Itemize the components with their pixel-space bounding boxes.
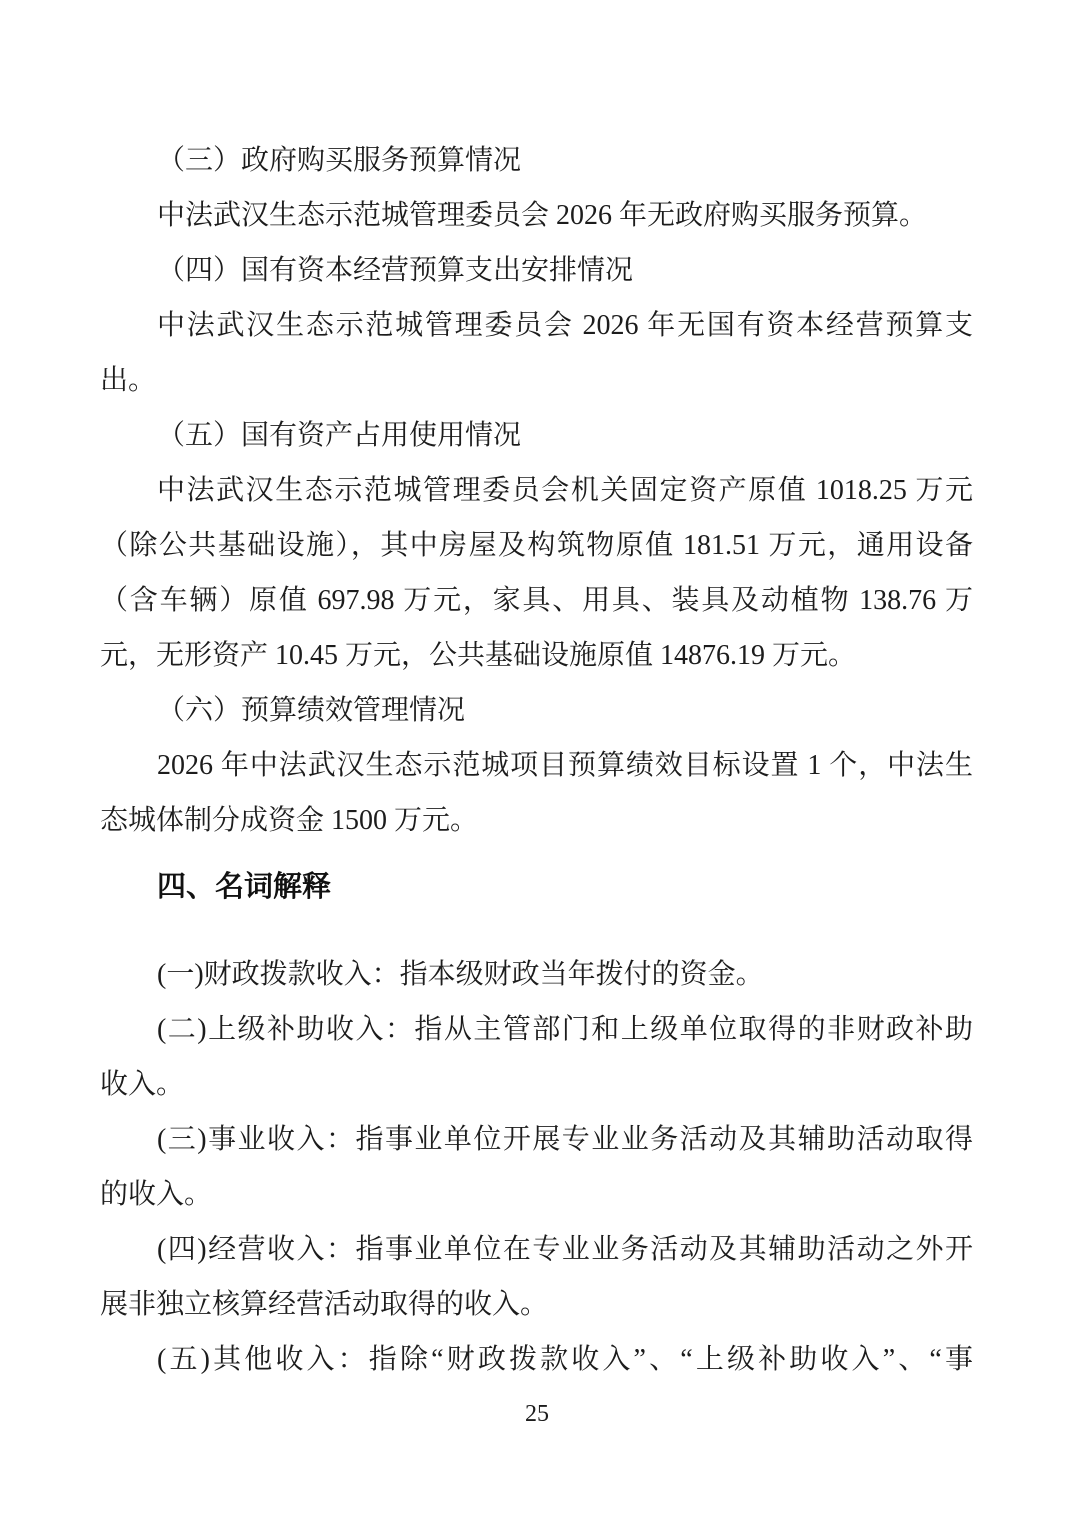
paragraph-line: （六）预算绩效管理情况 [100,683,973,738]
paragraph-line: 中法武汉生态示范城管理委员会 2026 年无政府购买服务预算。 [100,188,973,243]
section-heading: 四、名词解释 [100,860,973,915]
paragraph-line: (二)上级补助收入：指从主管部门和上级单位取得的非财政补助 [100,1002,973,1057]
paragraph-line: （五）国有资产占用使用情况 [100,408,973,463]
document-page: （三）政府购买服务预算情况中法武汉生态示范城管理委员会 2026 年无政府购买服… [0,0,1074,1520]
paragraph-line: (四)经营收入：指事业单位在专业业务活动及其辅助活动之外开 [100,1222,973,1277]
paragraph-line: 的收入。 [100,1167,973,1222]
paragraph-line: 中法武汉生态示范城管理委员会机关固定资产原值 1018.25 万元 [100,463,973,518]
document-body: （三）政府购买服务预算情况中法武汉生态示范城管理委员会 2026 年无政府购买服… [100,133,973,1387]
page-number: 25 [0,1400,1074,1428]
paragraph-line: （含车辆）原值 697.98 万元，家具、用具、装具及动植物 138.76 万 [100,573,973,628]
paragraph-line: （除公共基础设施），其中房屋及构筑物原值 181.51 万元，通用设备 [100,518,973,573]
paragraph-line: (三)事业收入：指事业单位开展专业业务活动及其辅助活动取得 [100,1112,973,1167]
paragraph-line: 收入。 [100,1057,973,1112]
paragraph-line: (一)财政拨款收入：指本级财政当年拨付的资金。 [100,947,973,1002]
paragraph-line: 中法武汉生态示范城管理委员会 2026 年无国有资本经营预算支 [100,298,973,353]
paragraph-line: （四）国有资本经营预算支出安排情况 [100,243,973,298]
paragraph-line: (五)其他收入：指除“财政拨款收入”、“上级补助收入”、“事 [100,1332,973,1387]
paragraph-line: （三）政府购买服务预算情况 [100,133,973,188]
paragraph-line: 态城体制分成资金 1500 万元。 [100,793,973,848]
paragraph-line: 2026 年中法武汉生态示范城项目预算绩效目标设置 1 个，中法生 [100,738,973,793]
paragraph-line: 元，无形资产 10.45 万元，公共基础设施原值 14876.19 万元。 [100,628,973,683]
paragraph-line: 出。 [100,353,973,408]
paragraph-line: 展非独立核算经营活动取得的收入。 [100,1277,973,1332]
